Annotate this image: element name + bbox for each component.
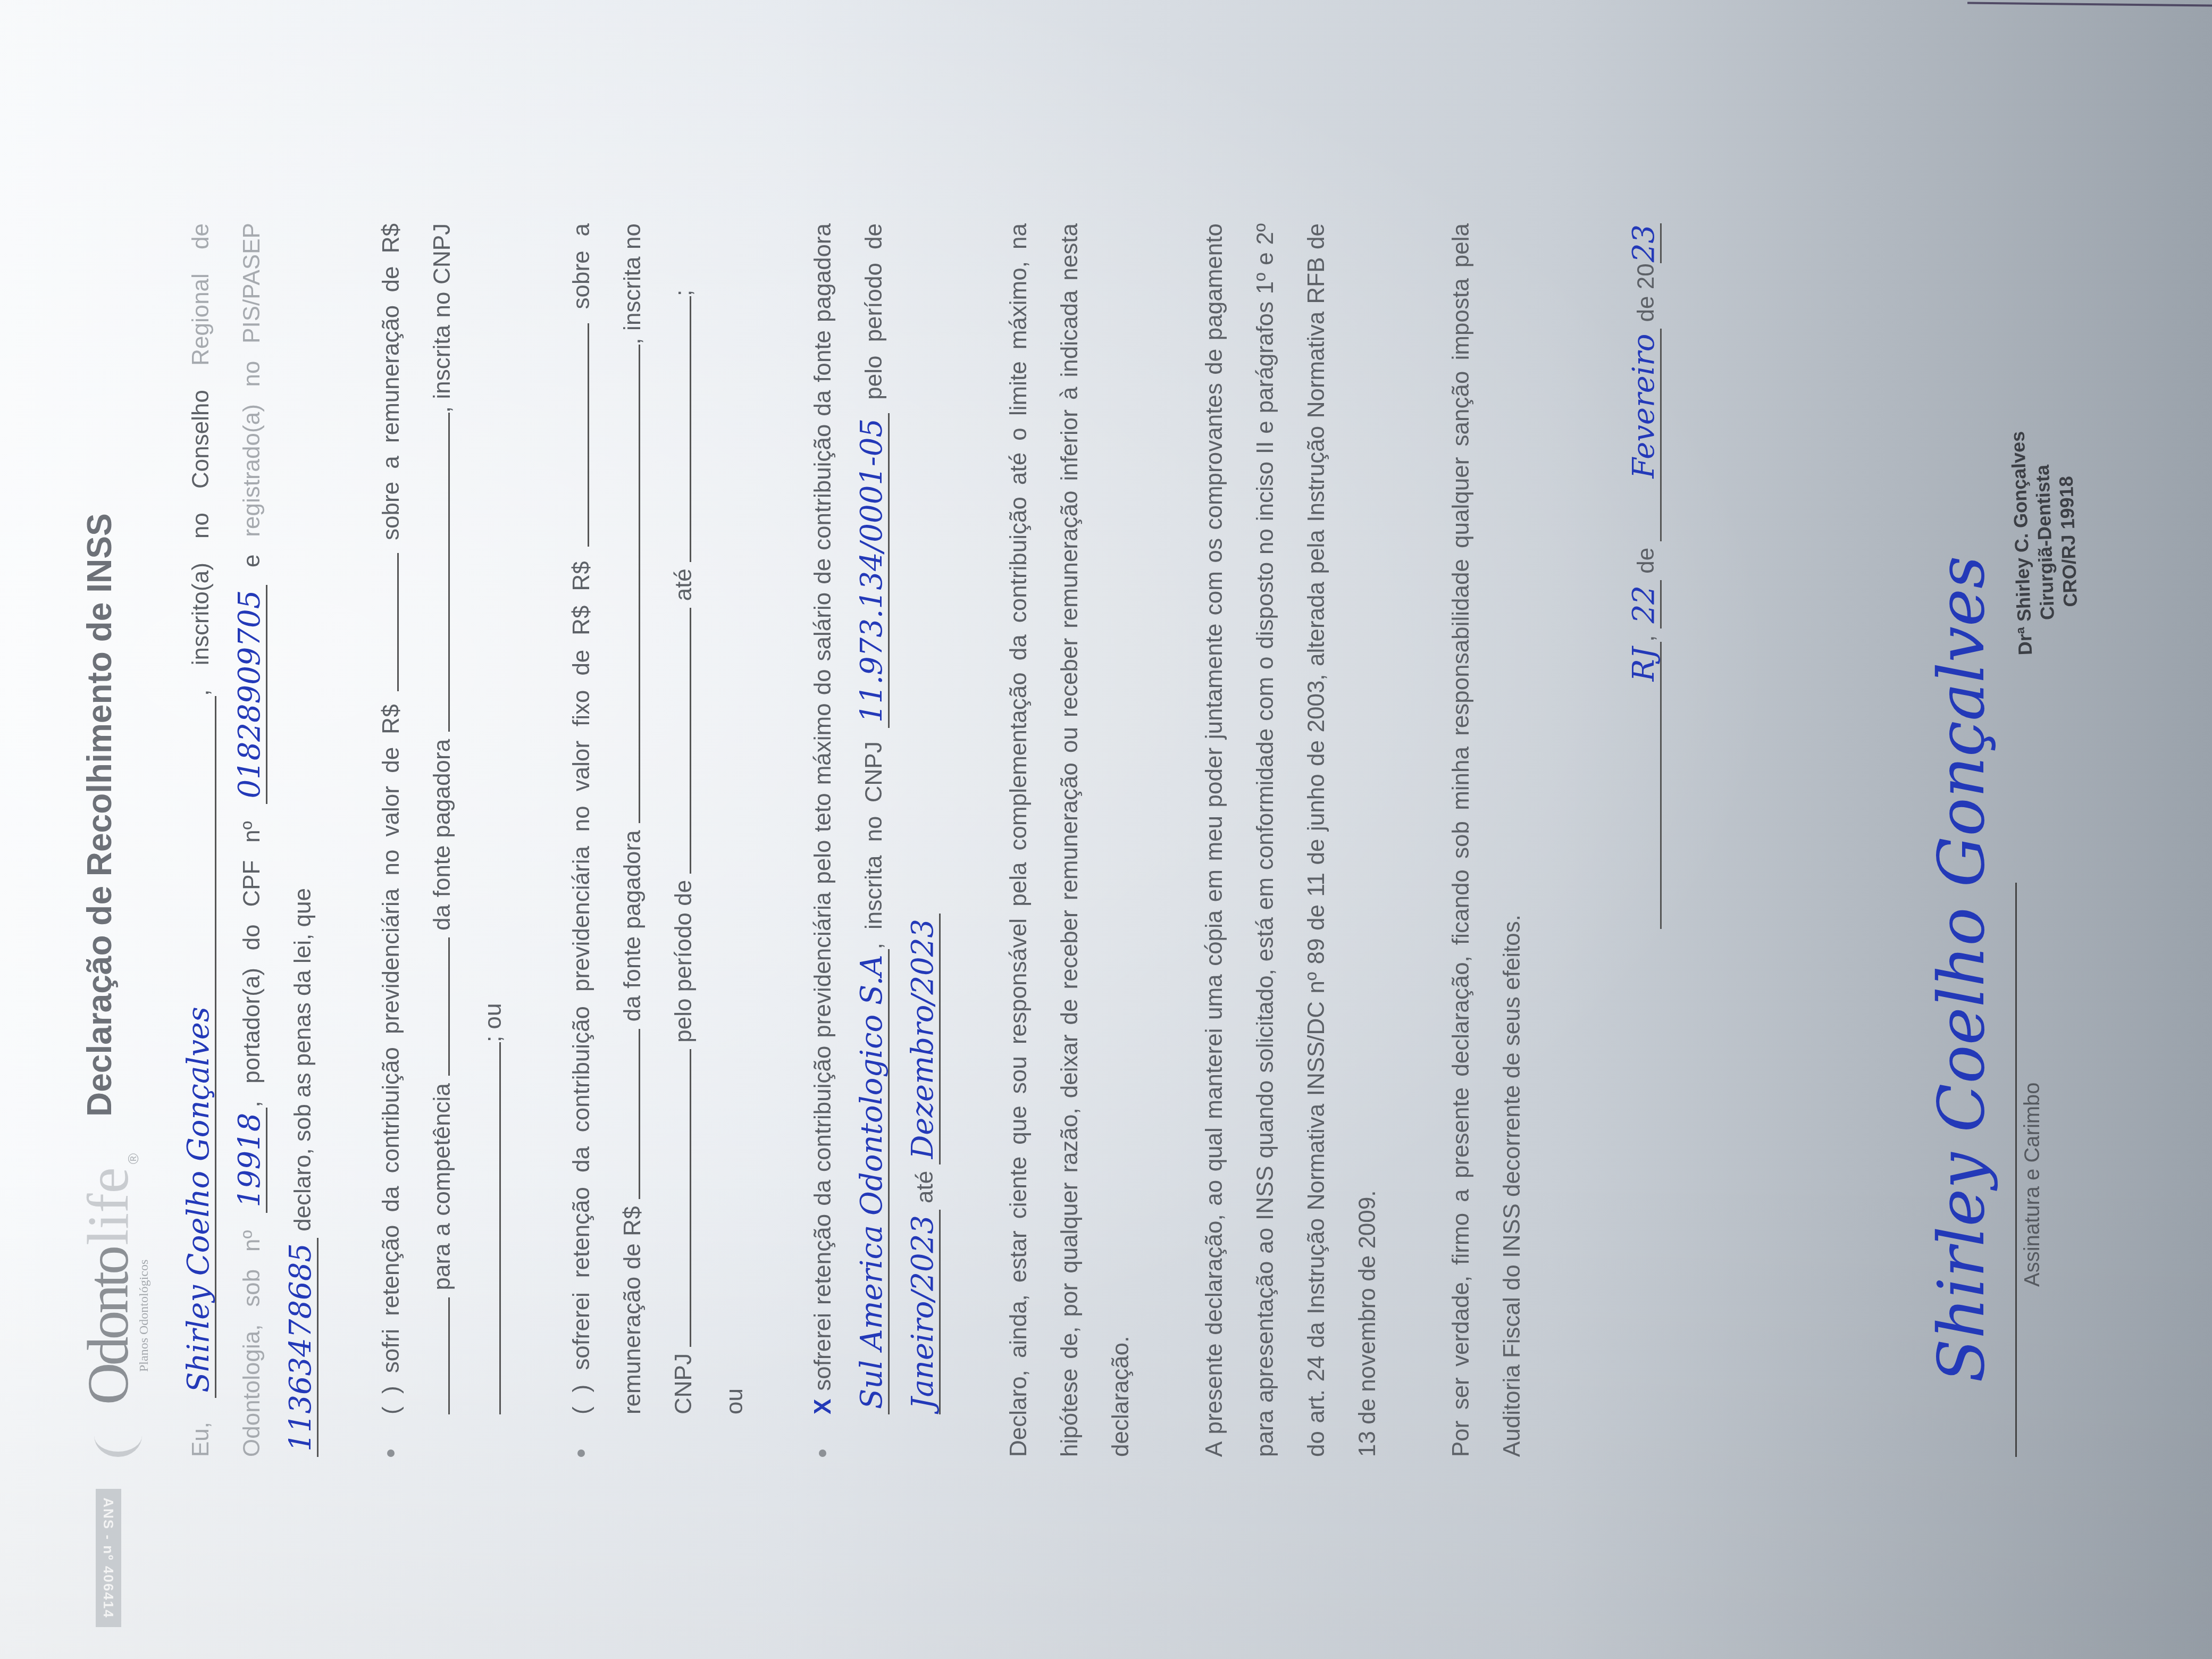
day-field[interactable]: 22 (1628, 580, 1662, 629)
logo-subtitle: Planos Odontológicos (137, 1260, 152, 1372)
option-3-period-start-field[interactable]: Janeiro/2023 (907, 1210, 941, 1414)
registered-mark-icon: ® (125, 1153, 142, 1164)
option-3-text-4: até (912, 1171, 938, 1203)
label-de-20: de 20 (1633, 263, 1659, 322)
option-1-payer-field[interactable] (425, 413, 450, 732)
label-portador: , portador(a) do CPF nº (239, 821, 265, 1107)
option-3-text-1: sofrerei retenção da contribuição previd… (810, 223, 836, 1391)
option-2-checkbox[interactable]: ( ) (568, 1385, 594, 1414)
option-2-text-7: ; (671, 290, 697, 296)
option-1: ( ) sofri retenção da contribuição previ… (366, 223, 519, 1457)
option-2-text-5: pelo período de (671, 880, 697, 1043)
option-2-text-6: até (671, 568, 697, 601)
option-1-text-6: ; ou (480, 1003, 506, 1042)
bullet-icon (387, 1449, 395, 1457)
city-field[interactable]: RJ (1628, 642, 1662, 929)
logo-swoosh-icon (94, 1414, 142, 1457)
option-2-value-field[interactable] (564, 323, 589, 547)
year-field[interactable]: 23 (1628, 223, 1662, 263)
option-1-competence-field[interactable] (425, 938, 450, 1076)
option-1-text-4: da fonte pagadora (429, 739, 455, 931)
option-3-checkbox-checked[interactable]: X (810, 1399, 836, 1414)
awareness-paragraph: Declaro, ainda, estar ciente que sou res… (993, 223, 1146, 1457)
option-2-period-end-field[interactable] (666, 296, 691, 562)
professional-stamp: Drª Shirley C. Gonçalves Cirurgiã-Dentis… (2005, 382, 2086, 703)
logo-brand-light: life (74, 1167, 142, 1245)
option-3-text-3: pelo período de (861, 223, 887, 400)
ans-badge: ANS - nº 406414 (96, 1489, 121, 1627)
label-registrado: registrado(a) no PIS/PASEP (239, 223, 265, 537)
compliance-paragraph: A presente declaração, ao qual manterei … (1189, 223, 1393, 1457)
bullet-icon (819, 1449, 826, 1457)
intro-paragraph: Eu, Shirley Coelho Gonçalves, inscrito(a… (175, 223, 329, 1457)
option-1-remuneration-field[interactable] (425, 1297, 450, 1414)
name-field[interactable]: Shirley Coelho Gonçalves (183, 696, 216, 1398)
label-declaro: declaro, sob as penas da lei, que (290, 888, 316, 1231)
signature-line (2015, 883, 2017, 1457)
option-3: X sofrerei retenção da contribuição prev… (798, 223, 951, 1457)
bullet-icon (577, 1449, 585, 1457)
option-3-cnpj-field[interactable]: 11.973.134/0001-05 (856, 413, 890, 728)
label-de: de (1633, 548, 1659, 574)
signature-caption: Assinatura e Carimbo (2021, 1082, 2045, 1287)
option-1-value-field[interactable] (374, 553, 399, 691)
option-2-remuneration-field[interactable] (615, 1029, 640, 1199)
form-body: Eu, Shirley Coelho Gonçalves, inscrito(a… (175, 223, 1662, 1457)
label-eu: Eu, (188, 1422, 214, 1457)
option-1-text-1: sofri retenção da contribuição previdenc… (378, 704, 404, 1373)
option-2: ( ) sofrerei retenção da contribuição pr… (556, 223, 760, 1457)
page-title: Declaração de Recolhimento de INSS (80, 513, 119, 1117)
date-line: RJ, 22 de Fevereiro de 2023 (1628, 223, 1662, 1457)
option-2-text-3: da fonte pagadora (619, 830, 646, 1021)
logo-brand: Odonto (74, 1249, 142, 1405)
option-3-text-2: , inscrita no CNPJ (861, 741, 887, 949)
cpf-field[interactable]: 01828909705 (234, 585, 267, 804)
cro-number-field[interactable]: 19918 (234, 1108, 267, 1213)
option-2-text-8: ou (722, 1388, 748, 1414)
form-page: ANS - nº 406414 Odonto life ® Planos Odo… (0, 0, 2212, 1659)
handwritten-signature[interactable]: Shirley Coelho Gonçalves (1925, 556, 1999, 1382)
option-3-company-field[interactable]: Sul America Odontologico S.A (856, 949, 890, 1414)
truth-paragraph: Por ser verdade, firmo a presente declar… (1436, 223, 1538, 1457)
option-1-checkbox[interactable]: ( ) (378, 1386, 404, 1414)
option-1-text-5: , inscrita no CNPJ (429, 223, 455, 413)
option-1-cnpj-field[interactable] (476, 1042, 501, 1414)
option-2-payer-field[interactable] (615, 345, 640, 823)
label-e: e (239, 554, 265, 567)
label-inscrito: , inscrito(a) no Conselho (188, 390, 214, 696)
option-2-text-1: sofrerei retenção da contribuição previd… (568, 561, 594, 1370)
odontolife-logo: Odonto life ® Planos Odontológicos (74, 1153, 142, 1457)
option-1-text-2: sobre a remuneração de R$ (378, 223, 404, 540)
month-field[interactable]: Fevereiro (1628, 329, 1662, 541)
option-3-period-end-field[interactable]: Dezembro/2023 (907, 914, 941, 1164)
pis-pasep-field[interactable]: 11363478685 (285, 1238, 319, 1457)
option-2-cnpj-field[interactable] (666, 1049, 691, 1347)
option-1-text-3: para a competência (429, 1083, 455, 1290)
option-2-period-start-field[interactable] (666, 608, 691, 874)
